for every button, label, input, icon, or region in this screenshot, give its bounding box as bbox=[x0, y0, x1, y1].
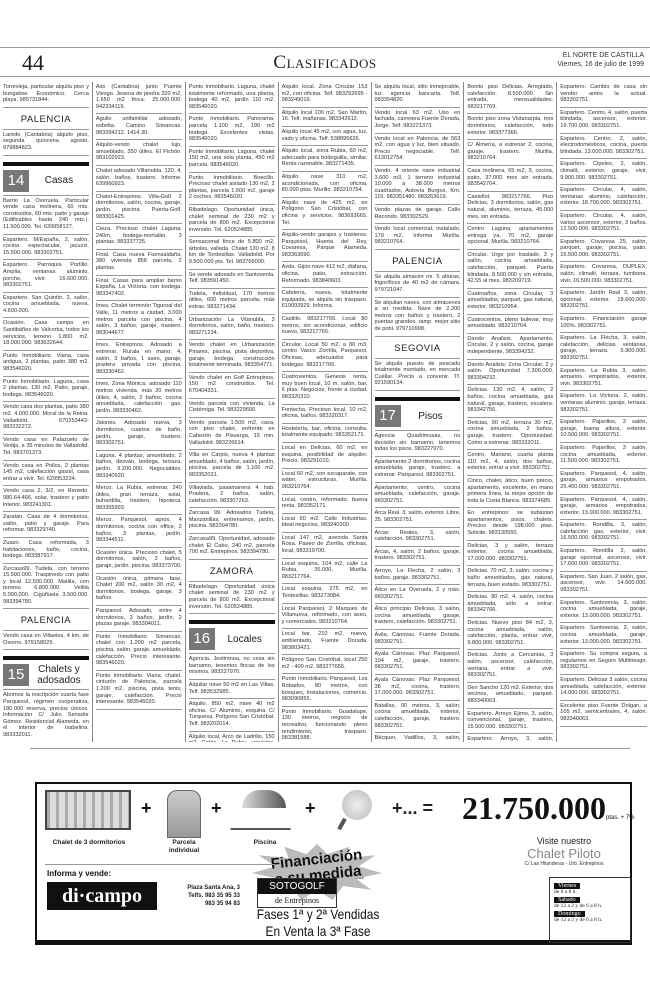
column-1: Torrevieja, particular alquila piso y bu… bbox=[0, 82, 93, 742]
classified-ad: Espartero. Covaresa, DUPLEX, salón, clim… bbox=[560, 262, 647, 288]
issue-date: Viernes, 16 de julio de 1999 bbox=[557, 60, 644, 69]
classified-ad: Torrevieja, particular alquila piso y bu… bbox=[3, 82, 89, 108]
classified-ad: Espartero. Parquesol, 4, salón, garaje, … bbox=[560, 495, 647, 521]
classified-ad: Punto Inmobiliario. Panorama, parcela 1.… bbox=[189, 114, 275, 146]
classified-ad: Vendo. 4 oriente nave industrial 3.600 m… bbox=[375, 166, 461, 205]
hours-text: de 12 a 2 y de 6 a 8 h. bbox=[554, 917, 626, 923]
classified-ad: Villa en Carpio, nueva 4 plantas amuebla… bbox=[189, 450, 275, 482]
classified-ad: Se alquila local, sitio inmejorable, tuz… bbox=[375, 82, 461, 108]
classified-ad: Vendo parcela con vivienda, La Cistérnig… bbox=[189, 399, 275, 418]
classified-ad: Aguilo unifamiliar adosado, esbelta. Cam… bbox=[96, 114, 182, 140]
category-name: Pisos bbox=[401, 411, 461, 422]
classified-ad: Punto Inmobiliario. Laguna, casa 2 plant… bbox=[3, 377, 89, 403]
classified-ad: Circular. Urge por traslado, 3 y salón, … bbox=[467, 250, 553, 289]
classified-ad: Punto Inmobiliario. Viana, casa antigua,… bbox=[3, 351, 89, 377]
classified-ad: Delicias. Junto a Cercanías, 3 salón, as… bbox=[467, 650, 553, 682]
classified-ad: Bécquer, Vadillos, 3, salón, calefacción… bbox=[375, 733, 461, 742]
classified-ad: Vendo plazas de garaje. Calle Recondo. 9… bbox=[375, 205, 461, 224]
classified-ad: C/ Almería, a estrenar 2, cocina, garaje… bbox=[467, 140, 553, 166]
classified-ad: Se alquila puesto de pescado totalmente … bbox=[375, 359, 461, 391]
classified-ad: Centro, Mariano, cuarta planta 110 m2, 4… bbox=[467, 450, 553, 476]
classified-ad: Cuatroaños, zona Circular, 3 amueblados,… bbox=[467, 289, 553, 315]
classified-ad: Delicias. 130 m2, 4, salón, 2 baños, coc… bbox=[467, 385, 553, 417]
real-estate-advertisement: + + + Chalet de 3 dormitorios Parcela in… bbox=[35, 782, 632, 945]
classified-ad: Punto Inmobiliario. Simancas, chalet con… bbox=[96, 632, 182, 671]
classified-ad: Espartero. Cambio de casa sin vender ant… bbox=[560, 82, 647, 108]
classified-ad: Ocasión. Casa campo en Santibáñez de Val… bbox=[3, 318, 89, 350]
classified-ad: Alquilo local. Zona Circular 153 m2, con… bbox=[282, 82, 368, 108]
show-home-name: Chalet Piloto bbox=[499, 846, 629, 861]
classified-ad: Ayala Cánovas. Plaz Parquesol, 38 m2, co… bbox=[375, 675, 461, 701]
classified-ad: Zuazo. Casa reformada, 3 habitaciones, b… bbox=[3, 538, 89, 564]
classified-ad: Espartero. Circular, 4, salón, varios as… bbox=[560, 211, 647, 237]
classified-ad: Bonito piso Delicias. Arreglado, calefac… bbox=[467, 82, 553, 114]
classified-ad: Se alquila almacén mr. 5 alturas, frigor… bbox=[375, 272, 461, 298]
price-value: 21.750.000 bbox=[462, 790, 606, 826]
classified-ad: Agencia. Jestimnoa, no cesa sin barnamo,… bbox=[189, 654, 275, 680]
caption-parcela: Parcela individual bbox=[161, 839, 207, 855]
divider bbox=[45, 864, 275, 865]
classified-ad: Se alquilan naves, con almacenes a su me… bbox=[375, 298, 461, 337]
classified-ad: Cafetería, nueva, totalmente equipada, s… bbox=[282, 288, 368, 314]
classified-ad: Local esquina, 104 m2, calle La Rubia, 3… bbox=[282, 559, 368, 585]
classified-ad: Zarcasa 99. Adosados Tudela, Manzanillas… bbox=[189, 508, 275, 534]
classified-ad: Local esquina, 275 m2, en Tordesillas. 9… bbox=[282, 584, 368, 603]
classified-ad: Ático principio Delicias, 3 salón, cocin… bbox=[375, 604, 461, 630]
caption-chalet: Chalet de 3 dormitorios bbox=[49, 839, 129, 847]
column-4: Alquilo local. Zona Circular 153 m2, con… bbox=[279, 82, 372, 742]
classified-ad: Arroyo, La Flecha, 2 salón, 3 baños, gar… bbox=[375, 566, 461, 585]
column-2: Ass (Cantabria) junto Puente Viesgo. Jes… bbox=[93, 82, 186, 742]
classified-ad: Local 60 m2, con escaparate, con wáter, … bbox=[282, 469, 368, 495]
classified-ad: Apartamento, centro, cocina amueblada, c… bbox=[375, 483, 461, 509]
classified-ad: Vendo local comercial, instalado, 179 m2… bbox=[375, 224, 461, 250]
classified-ad: Sensacional finca de 5.800 m2, árboles, … bbox=[189, 237, 275, 269]
classified-ad: Espartero. Centro, 4, salón, puerta blin… bbox=[560, 108, 647, 134]
classified-ad: Imes. Entrepinos. Adosado a estrenar. Ru… bbox=[96, 340, 182, 379]
development-name: SOTOGOLF bbox=[258, 879, 336, 894]
classified-ad: Den Sancho 120 m2. Exterior, dos vecinos… bbox=[467, 683, 553, 709]
section-title: Clasificados bbox=[0, 52, 650, 74]
classified-ad: Chalet-Entrepinos. Villa-Golf. 2 dormito… bbox=[96, 192, 182, 224]
classified-ad: Parquesol. Adosado, entre 4 dormitorios,… bbox=[96, 606, 182, 632]
classified-ad: Espartero. Covaresa 25, salón, parquet, … bbox=[560, 237, 647, 263]
classified-ad: Chalet adosado Villanubla. 120, 4, salón… bbox=[96, 166, 182, 192]
column-6: Bonito piso Delicias. Arreglado, calefac… bbox=[464, 82, 557, 742]
classified-ad: Espartero. Delicias 3 salón, cocina amue… bbox=[560, 675, 647, 701]
classified-ad: Local en Delicias, 60 m2, en esquina, po… bbox=[282, 443, 368, 469]
classified-ad: Delicias. 70 m2, 3, salón, cocina y baño… bbox=[467, 566, 553, 592]
classified-ad: Imes. Zona Monica, adosado 110 metros vi… bbox=[96, 379, 182, 418]
category-number: 17 bbox=[375, 405, 401, 427]
classified-ad: Jalones. Adosado nueva, 3 dormitorios, c… bbox=[96, 418, 182, 450]
classified-ad: Espartero. Pajarillos, 3 salón, cocina a… bbox=[560, 443, 647, 469]
classified-ad: Centro Laguna, apartamentos entrega ya, … bbox=[467, 224, 553, 250]
classified-ad: Casa molinera, 65 m2, 3, cocina, patio, … bbox=[467, 166, 553, 192]
classified-ad: Espartero. Rondilla, 3, salón, calefacci… bbox=[560, 520, 647, 546]
classified-ad: Delicias, 3 y salón, terraza exterior, c… bbox=[467, 541, 553, 567]
classified-ad: Abrimos la inscripción cuarta fase Parqu… bbox=[3, 690, 89, 742]
classified-ad: Alquilo local 100 m2. San Martín, 16. Te… bbox=[282, 108, 368, 127]
pool-umbrella-icon bbox=[232, 790, 296, 836]
classified-ad: Delicias. Nuevo piso 84 m2, 3, cocina am… bbox=[467, 618, 553, 650]
newspaper-name: EL NORTE DE CASTILLA bbox=[557, 51, 644, 60]
category-heading: 17Pisos bbox=[375, 397, 461, 431]
classified-ad: Urbanización La Vilanubla, 3 dormitorios… bbox=[189, 315, 275, 341]
agency-logo: di·campo bbox=[47, 882, 157, 910]
classified-ad: Vendo casa 2, 3/2, en Renedo. 980.64.466… bbox=[3, 486, 89, 512]
classified-ad: Local bar, 210 m2, nuevo, ambientado, Fu… bbox=[282, 629, 368, 655]
classified-ad: Arcas Reales, 3, salón, calefacción. 983… bbox=[375, 528, 461, 547]
classified-ad: Espartero. M/España, 2, salón, cocina es… bbox=[3, 235, 89, 261]
classified-ad: Espartero. Arroyo, 3, salón, semiamuebla… bbox=[467, 734, 553, 742]
classified-ad: Espartero. San Quintín. 2, salón, cocina… bbox=[3, 293, 89, 319]
city-heading: SEGOVIA bbox=[375, 337, 461, 359]
equals-sign: +... = bbox=[392, 798, 433, 819]
classified-ad: Hostelería, bar, oficina, consulta, tota… bbox=[282, 424, 368, 443]
classified-ad: Espartero. Rondilla 3, salón, garaje opc… bbox=[560, 546, 647, 572]
classified-ad: Local 60 m2. Calle Industrias. Ideal neg… bbox=[282, 514, 368, 533]
classified-ad: Laguna. 4 plantas, amueblado, 2 baños, d… bbox=[96, 451, 182, 483]
classified-ad: Batallas, 90 metros, 3, salón, cocina am… bbox=[375, 701, 461, 733]
classified-ad: Espartero. Su compra segura, a regularno… bbox=[560, 649, 647, 675]
visit-label: Visite nuestro bbox=[499, 836, 629, 846]
classified-ad: Agencia Quadrimusas, no decisión sin bar… bbox=[375, 431, 461, 457]
classified-ad: Alquilo. 850 m2, nave 40 m2 oficina. C/ … bbox=[189, 699, 275, 731]
category-heading: 16Locales bbox=[189, 620, 275, 654]
agency-contact: Plaza Santa Ana, 3 Telfs. 983 35 95 33 9… bbox=[162, 884, 240, 908]
classified-ad: Castillo. 983217765. Local 80 metros, si… bbox=[282, 314, 368, 340]
classified-ad: Alquilo-vendo chalet lujo, amueblado, 35… bbox=[96, 140, 182, 166]
city-heading: ZAMORA bbox=[189, 560, 275, 582]
classified-ad: Laredo (Cantabria) alquilo piso, segunda… bbox=[3, 130, 89, 156]
classified-ad: Espartero. Centro, 2, salón, electrodomé… bbox=[560, 134, 647, 160]
classified-ad: Espartero. Santovenia, 3, salón, cocina … bbox=[560, 623, 647, 649]
classified-ad: Alquilo local, Arco de Ladrillo, 150 m2,… bbox=[189, 732, 275, 742]
classified-ad: Espartero. La Rubia 3, salón, armarios e… bbox=[560, 366, 647, 392]
category-name: Chalets y adosados bbox=[29, 664, 89, 686]
classified-ad: Vendo casa dos plantas, patio 380 m2. 4.… bbox=[3, 402, 89, 434]
classified-ad: Alquilo local, zona Rubia, 60 m2, adecua… bbox=[282, 146, 368, 172]
classified-ad: Vendo casa en Villaeles, 4 km. de Osorno… bbox=[3, 631, 89, 650]
masthead: EL NORTE DE CASTILLA Viernes, 16 de juli… bbox=[557, 51, 644, 69]
phases-text: Fases 1ª y 2ª Vendidas En Venta la 3ª Fa… bbox=[237, 906, 399, 940]
column-3: Punto Inmobiliario. Laguna, chalet total… bbox=[186, 82, 279, 742]
classified-ad: Villaviada, pasamanera 4 hab. Pradera, 2… bbox=[189, 483, 275, 509]
city-heading: PALENCIA bbox=[375, 250, 461, 272]
classified-ad: Espartero. Pajarillos, 3 salón, garaje, … bbox=[560, 417, 647, 443]
classified-ad: Espartero. Financiación garaje 100%. 983… bbox=[560, 314, 647, 333]
classified-ad: Punto Inmobiliario. Boecillo. Precioso c… bbox=[189, 173, 275, 205]
classified-ad: Vendo chalet en Urbanización Pinares, pi… bbox=[189, 340, 275, 372]
classified-ad: Local Parquesol, 2 Marques de Villanueva… bbox=[282, 604, 368, 630]
classified-ad: Final. Casas para ampliar barrio España.… bbox=[96, 276, 182, 302]
city-heading: PALENCIA bbox=[3, 108, 89, 130]
classified-ad: Vendo casa en Palazuelo de Vedija, a 35 … bbox=[3, 435, 89, 461]
classified-ad: Espartero. La Flecha, 3, salón, calefacc… bbox=[560, 333, 647, 365]
classified-ad: Dando Analisis: Zona Circular, 2 y salón… bbox=[467, 360, 553, 386]
classified-ad: Local, centro, reformado, buena renta. 9… bbox=[282, 495, 368, 514]
house-plan-icon bbox=[45, 790, 131, 830]
classified-ad: Punto Inmobiliario. Viana, chalet, cintu… bbox=[96, 671, 182, 710]
classified-ad: Vendo parcela 1.500 m2, casa, con piso c… bbox=[189, 418, 275, 450]
classified-ad: Cuatrocentos, pleno bulevar, muy amuebla… bbox=[467, 315, 553, 334]
classified-ad: Espartero. Arroyo Ejimo, 3, salón, conve… bbox=[467, 709, 553, 735]
classified-ad: Arcas, 4, salón, 2 baños, garaje, traste… bbox=[375, 547, 461, 566]
classified-ad: Vendo casa en Pollos, 2 plantas 145 m2, … bbox=[3, 461, 89, 487]
classified-ad: Espartero. Parroquia Portillo. Amplia, v… bbox=[3, 260, 89, 292]
category-heading: 14Casas bbox=[3, 162, 89, 196]
info-label: Informa y vende: bbox=[47, 869, 111, 878]
racket-head bbox=[342, 790, 372, 820]
category-number: 15 bbox=[3, 664, 29, 686]
category-number: 14 bbox=[3, 170, 29, 192]
classified-ad: Ático en La Overuela, 2 y más. 983302751… bbox=[375, 585, 461, 604]
classified-columns: Torrevieja, particular alquila piso y bu… bbox=[0, 82, 650, 742]
classified-ad: Ávila, Cánovas. Fuente Dorada. 983302751… bbox=[375, 630, 461, 649]
agency-phone: Telfs. 983 35 95 33 bbox=[162, 892, 240, 900]
classified-ad: Castellot. 983217766. Piso Delicias, 3 d… bbox=[467, 192, 553, 224]
plus-sign: + bbox=[211, 798, 222, 819]
classified-ad: Zaratán. Casa de 4 dormitorios, salón, p… bbox=[3, 512, 89, 538]
category-name: Casas bbox=[29, 175, 89, 186]
classified-ad: Apartamento 2 dormitorios, cocina amuebl… bbox=[375, 457, 461, 483]
classified-ad: Se vende adosado en Santovenia. Telf. 98… bbox=[189, 270, 275, 289]
category-name: Locales bbox=[215, 634, 275, 645]
classified-ad: Alquilo nave 310 m2, acondicionada, con … bbox=[282, 172, 368, 198]
classified-ad: Alquilo nave de 425 m2, en Polígono San … bbox=[282, 198, 368, 230]
classified-ad: Ribadelago. Oportunidad única, chalet se… bbox=[189, 205, 275, 237]
classified-ad: Alquilo local 45 m2, con agua, luz, vado… bbox=[282, 127, 368, 146]
classified-ad: Barrio La Overuela. Particular vende cas… bbox=[3, 196, 89, 235]
opening-hours: Viernes de 6 a 8 h. Sábado de 12 a 2 y d… bbox=[549, 877, 631, 943]
divider bbox=[30, 748, 630, 749]
classified-ad: Dando Analisis. Apartamento, Circular, 2… bbox=[467, 334, 553, 360]
classified-ad: Punto Inmobiliario. Laguna, chalet 150 m… bbox=[189, 147, 275, 173]
classified-ad: Delicias, 90 m2, terraza 30 m2, cocina a… bbox=[467, 418, 553, 450]
classified-ad: Merco. La Rubia, estrenar, 240 útiles, g… bbox=[96, 483, 182, 515]
pool-shape bbox=[230, 820, 294, 830]
classified-ad: Ocasión única. Precioso chalet, 5 dormit… bbox=[96, 548, 182, 574]
classified-ad: Ribadelago. Oportunidad única chalet sem… bbox=[189, 582, 275, 614]
classified-ad: Ass (Cantabria) junto Puente Viesgo. Jes… bbox=[96, 82, 182, 114]
umbrella-shape bbox=[242, 790, 286, 808]
classified-ad: Espartero. Cipeles, 3, salón, climalit, … bbox=[560, 159, 647, 185]
classified-ad: Vendo chalet en Golf Entrepinos, 150 m2 … bbox=[189, 373, 275, 399]
plus-sign: + bbox=[305, 798, 316, 819]
agency-phone: 983 35 94 83 bbox=[162, 900, 240, 908]
classified-ad: Ocasión única, primera fase, Chalet 200 … bbox=[96, 574, 182, 606]
classified-ad: En entrepinos: se subastan apartamentos,… bbox=[467, 508, 553, 540]
page-header: 44 Clasificados EL NORTE DE CASTILLA Vie… bbox=[0, 47, 650, 77]
classified-ad: Excelente piso Fuente Dolgan, a 105 m2, … bbox=[560, 701, 647, 727]
price-suffix: ptas. + 7% bbox=[606, 815, 635, 821]
classified-ad: Ayala Cánovas. Plaz Parquesol, 104 m2, g… bbox=[375, 649, 461, 675]
column-7: Espartero. Cambio de casa sin vender ant… bbox=[557, 82, 650, 742]
padel-racket-icon bbox=[337, 790, 377, 834]
classified-ad: Delicias. 80 m2, 4, salón, cocina amuebl… bbox=[467, 592, 553, 618]
classified-ad: Polígono San Cristóbal, local 250 m2 - 4… bbox=[282, 655, 368, 674]
classified-ad: Zurcasa99. Tudela, con terreno 15.500.00… bbox=[3, 564, 89, 610]
classified-ad: Local 147 m2, avenida Santa Rosa. Paseo … bbox=[282, 533, 368, 559]
classified-ad: Espartero. San Juan, 2 salón, gas, ascen… bbox=[560, 572, 647, 598]
category-heading: 15Chalets y adosados bbox=[3, 656, 89, 690]
classified-ad: Espartero. Jardín Real 3, salón, opciona… bbox=[560, 288, 647, 314]
classified-ad: Alquilo-vendo garajes y trasteros. Parqu… bbox=[282, 230, 368, 262]
development-subtitle: de Entrepinos bbox=[258, 894, 336, 908]
city-heading: PALENCIA bbox=[3, 609, 89, 631]
classified-ad: Final. Casa nueva Fuensaldaña, 380 vivie… bbox=[96, 250, 182, 276]
classified-ad: Alquilar nave 50 m2 en Las Villas. Telf.… bbox=[189, 680, 275, 699]
racket-handle bbox=[337, 818, 346, 830]
phases-line2: En Venta la 3ª Fase bbox=[237, 923, 399, 940]
phases-line1: Fases 1ª y 2ª Vendidas bbox=[237, 906, 399, 923]
classified-ad: Fontecha. Precioso local, 10 m2, oficina… bbox=[282, 405, 368, 424]
classified-ad: Cinco, chalet, ático, buen precio, apart… bbox=[467, 476, 553, 508]
classified-ad: Zarcasa99. Oportunidad, adosado chalet E… bbox=[189, 534, 275, 560]
classified-ad: Espartero. Parquesol, 4, salón, garaje, … bbox=[560, 469, 647, 495]
classified-ad: Cieza. Precioso chalet Laguna, 240m, bod… bbox=[96, 224, 182, 250]
agency-address: Plaza Santa Ana, 3 bbox=[162, 884, 240, 892]
classified-ad: Punto Inmobiliario. Laguna, chalet total… bbox=[189, 82, 275, 114]
column-5: Se alquila local, sitio inmejorable, tuz… bbox=[372, 82, 465, 742]
classified-ad: Vendo local 63 m2. Uso en fachada, carre… bbox=[375, 108, 461, 134]
classified-ad: Imes. Chalet terminón Tiguroal del Valle… bbox=[96, 301, 182, 340]
category-number: 16 bbox=[189, 628, 215, 650]
classified-ad: Merco. Parquesol, aprox. 4 dormitorios, … bbox=[96, 515, 182, 547]
show-home-block: Visite nuestro Chalet Piloto C/ Las Hila… bbox=[499, 836, 629, 867]
development-logo: SOTOGOLF de Entrepinos bbox=[257, 878, 337, 908]
classified-ad: Espartero. Circular, 4, salón, ventanas … bbox=[560, 185, 647, 211]
price: 21.750.000ptas. + 7% bbox=[462, 790, 635, 827]
classified-ad: Tudela, individual, 170 metros útiles, 6… bbox=[189, 289, 275, 315]
classified-ad: Espartero. La Victoria. 2, salón, ventan… bbox=[560, 391, 647, 417]
classified-ad: Arca Real. 3, salón, exterior. Libre, 35… bbox=[375, 508, 461, 527]
parcel-icon bbox=[167, 790, 201, 838]
show-home-address: C/ Las Hilanderas - Urb. Entrepinos bbox=[499, 861, 629, 867]
classified-ad: Espartero. Santovenia, 3, salón, cocina … bbox=[560, 598, 647, 624]
plus-sign: + bbox=[141, 798, 152, 819]
classified-ad: Punto Inmobiliario. Parquesol, Los Robad… bbox=[282, 674, 368, 706]
classified-ad: Avda. Gijón nave 412 m2, diáfana, oficin… bbox=[282, 262, 368, 288]
classified-ad: Vendo local en Palencia, de 563 m2, con … bbox=[375, 134, 461, 166]
classified-ad: Bonito piso zona Vistanarpia, tres dormi… bbox=[467, 114, 553, 140]
classified-ad: Punto Inmobiliario. Guadalupe, 130 metro… bbox=[282, 707, 368, 742]
classified-ad: Circular. Local 50 m2, a 80 m3, centro V… bbox=[282, 340, 368, 372]
classified-ad: Cuatrovientos. Genesis renta, muy buen l… bbox=[282, 372, 368, 404]
